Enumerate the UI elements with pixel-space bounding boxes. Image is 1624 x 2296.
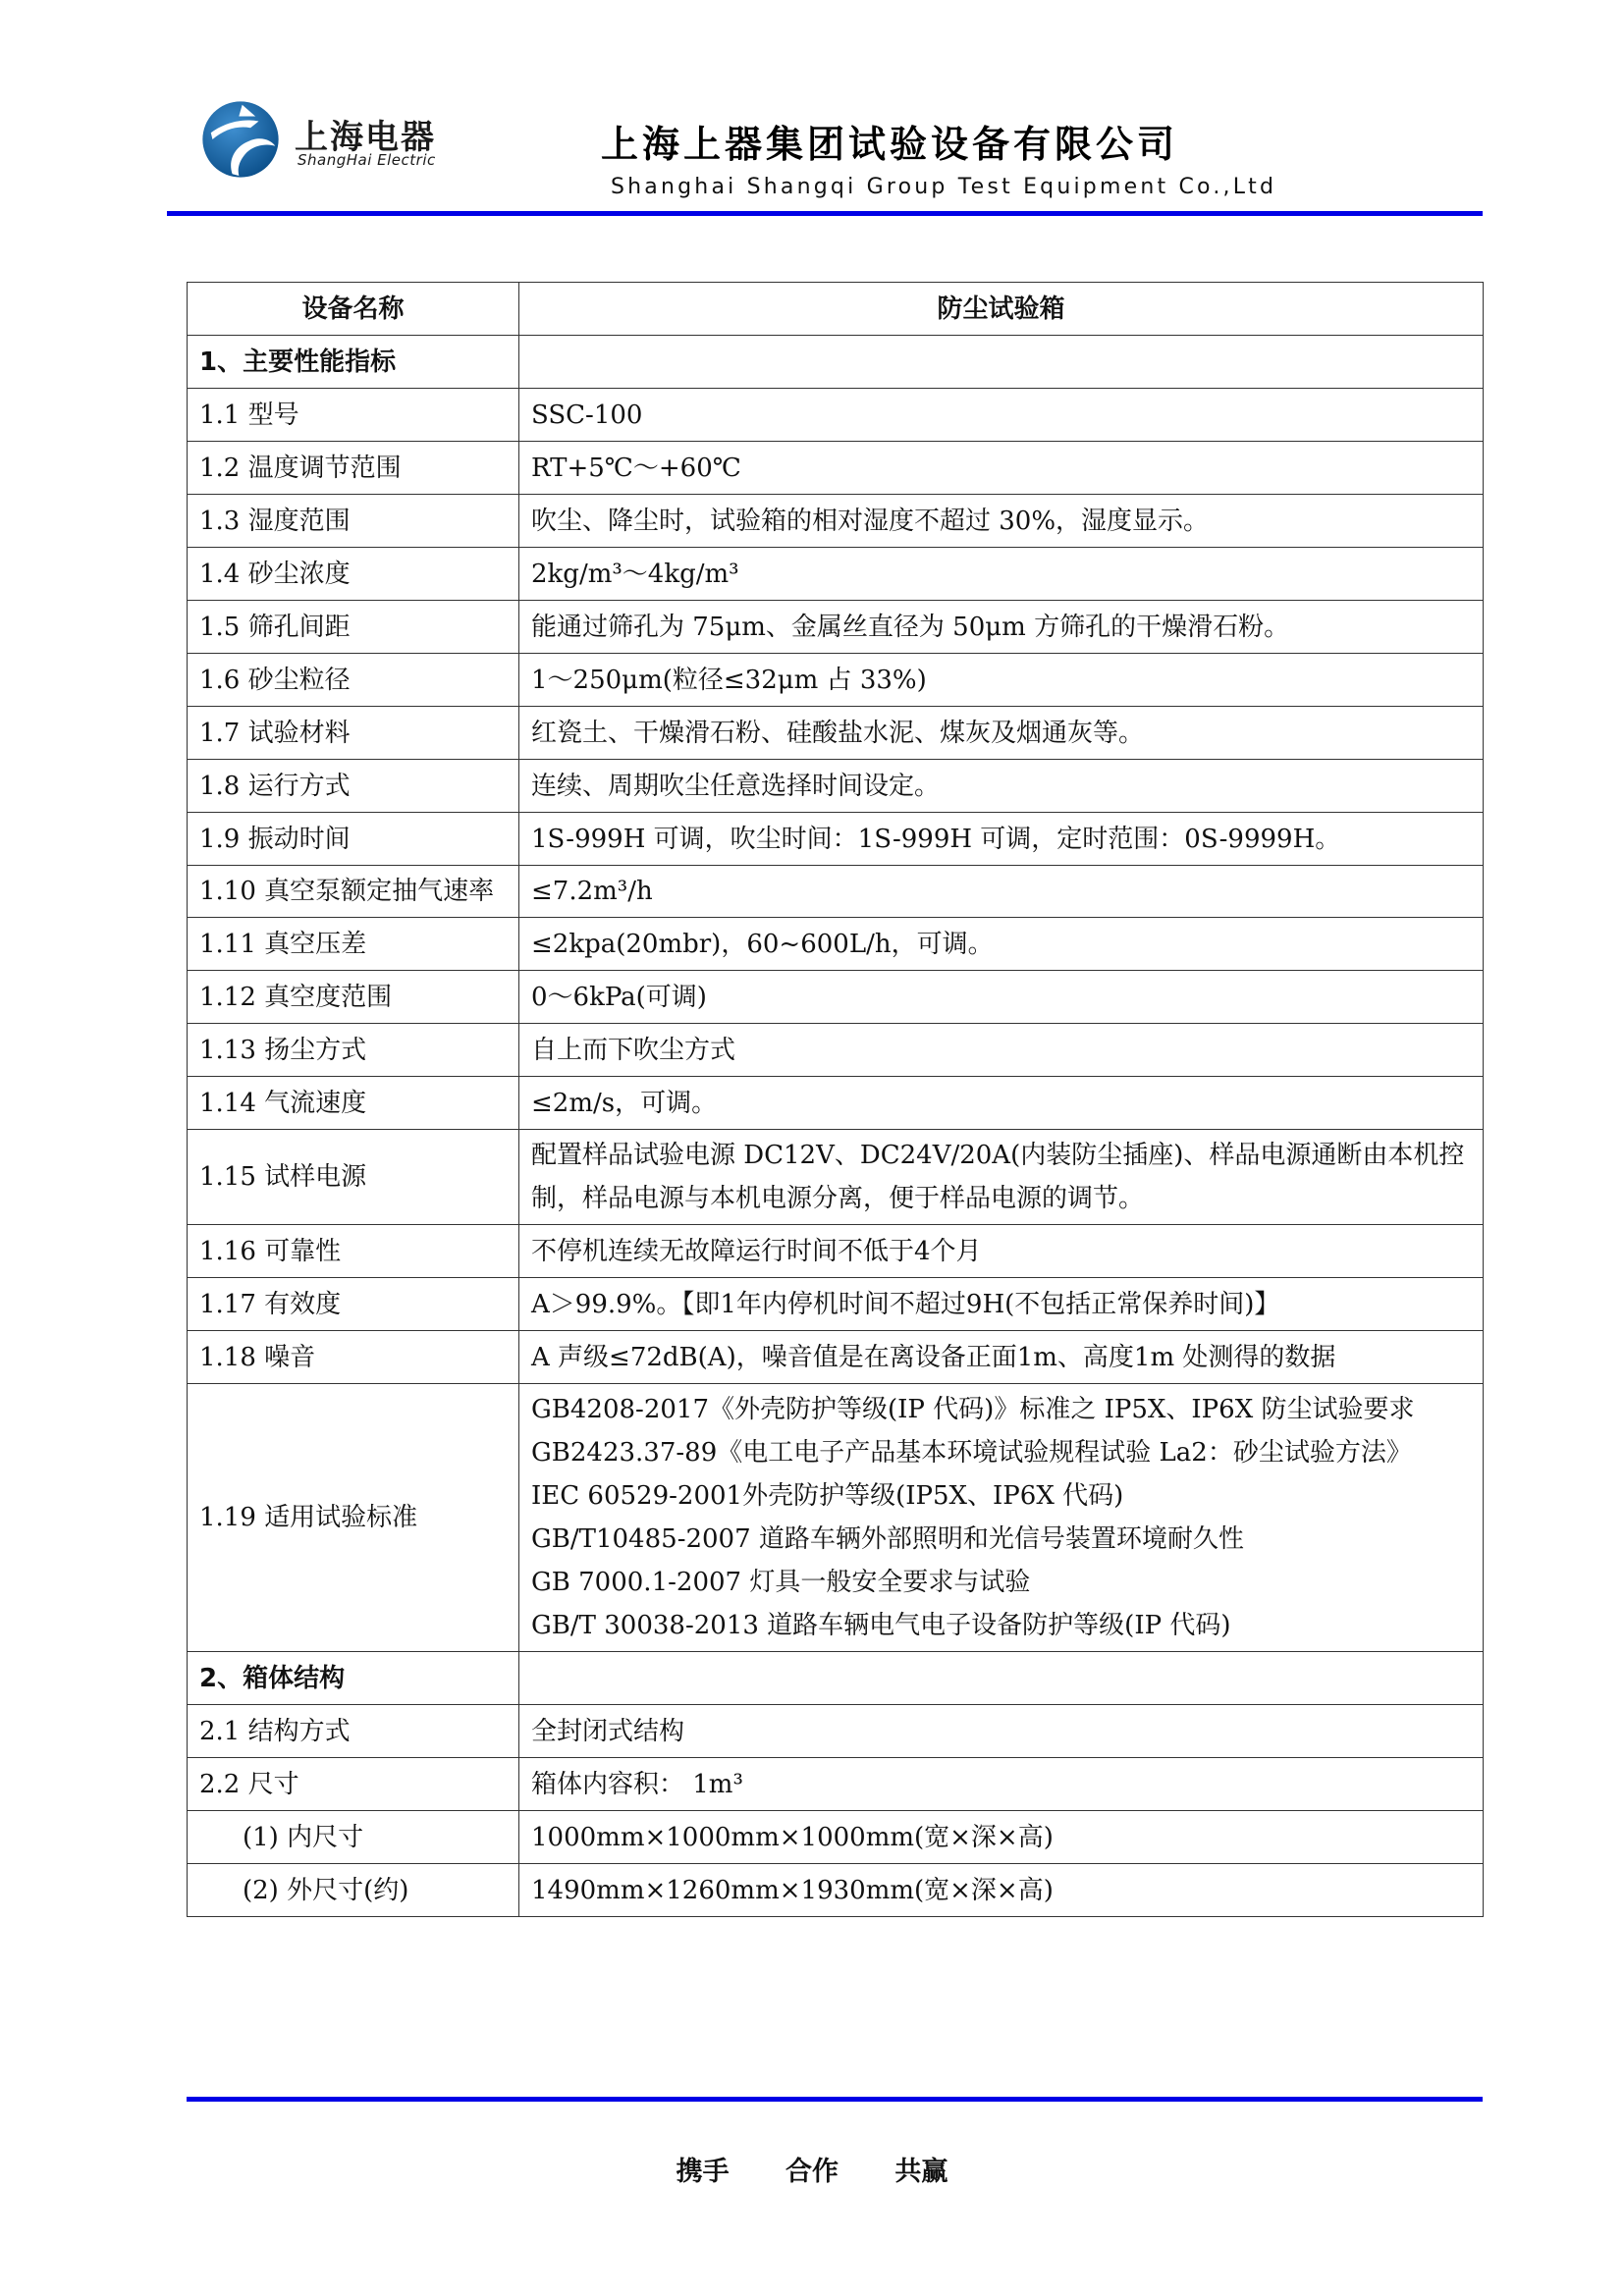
header-cell-label: 设备名称: [188, 283, 519, 336]
row-label: 1.6 砂尘粒径: [188, 654, 519, 707]
standard-item: IEC 60529-2001外壳防护等级(IP5X、IP6X 代码): [531, 1474, 1471, 1518]
table-row: 2.1 结构方式 全封闭式结构: [188, 1705, 1484, 1758]
motto-word: 共赢: [894, 2157, 947, 2187]
row-label: 2.2 尺寸: [188, 1758, 519, 1811]
row-value: RT+5℃～+60℃: [519, 442, 1484, 495]
row-label: 1.16 可靠性: [188, 1225, 519, 1278]
standards-label: 1.19 适用试验标准: [188, 1384, 519, 1652]
row-label: (2) 外尺寸(约): [188, 1864, 519, 1917]
row-value: ≤2kpa(20mbr)，60~600L/h，可调。: [519, 918, 1484, 971]
row-value: 能通过筛孔为 75μm、金属丝直径为 50μm 方筛孔的干燥滑石粉。: [519, 601, 1484, 654]
row-value: 连续、周期吹尘任意选择时间设定。: [519, 760, 1484, 813]
row-label: 1.9 振动时间: [188, 813, 519, 866]
standard-item: GB/T 30038-2013 道路车辆电气电子设备防护等级(IP 代码): [531, 1604, 1471, 1647]
company-logo-icon: [199, 98, 282, 181]
motto-word: 合作: [785, 2157, 839, 2187]
row-value: 2kg/m³～4kg/m³: [519, 548, 1484, 601]
table-row: 1.1 型号 SSC-100: [188, 389, 1484, 442]
row-label: 1.8 运行方式: [188, 760, 519, 813]
header-divider: [167, 211, 1483, 216]
row-label: 1.1 型号: [188, 389, 519, 442]
row-label: 1.4 砂尘浓度: [188, 548, 519, 601]
row-value: 全封闭式结构: [519, 1705, 1484, 1758]
table-row: 1.4 砂尘浓度 2kg/m³～4kg/m³: [188, 548, 1484, 601]
table-row: 1.18 噪音 A 声级≤72dB(A)，噪音值是在离设备正面1m、高度1m 处…: [188, 1331, 1484, 1384]
row-value: 1000mm×1000mm×1000mm(宽×深×高): [519, 1811, 1484, 1864]
row-label: 1.18 噪音: [188, 1331, 519, 1384]
row-value: 自上而下吹尘方式: [519, 1024, 1484, 1077]
table-row: 1.9 振动时间 1S-999H 可调，吹尘时间：1S-999H 可调，定时范围…: [188, 813, 1484, 866]
row-label: 1.15 试样电源: [188, 1130, 519, 1225]
row-value: SSC-100: [519, 389, 1484, 442]
table-row: 2.2 尺寸 箱体内容积： 1m³: [188, 1758, 1484, 1811]
section-empty-cell: [519, 1652, 1484, 1705]
standards-row: 1.19 适用试验标准 GB4208-2017《外壳防护等级(IP 代码)》标准…: [188, 1384, 1484, 1652]
table-row: 1.7 试验材料 红瓷土、干燥滑石粉、硅酸盐水泥、煤灰及烟通灰等。: [188, 707, 1484, 760]
row-label: 1.12 真空度范围: [188, 971, 519, 1024]
standard-item: GB4208-2017《外壳防护等级(IP 代码)》标准之 IP5X、IP6X …: [531, 1388, 1471, 1431]
table-row: 1.12 真空度范围 0～6kPa(可调): [188, 971, 1484, 1024]
standard-item: GB2423.37-89《电工电子产品基本环境试验规程试验 La2：砂尘试验方法…: [531, 1431, 1471, 1474]
section-title: 2、箱体结构: [188, 1652, 519, 1705]
row-value: 配置样品试验电源 DC12V、DC24V/20A(内装防尘插座)、样品电源通断由…: [519, 1130, 1484, 1225]
row-label: 1.11 真空压差: [188, 918, 519, 971]
row-label: 1.10 真空泵额定抽气速率: [188, 866, 519, 918]
section-row: 2、箱体结构: [188, 1652, 1484, 1705]
table-row: (1) 内尺寸 1000mm×1000mm×1000mm(宽×深×高): [188, 1811, 1484, 1864]
table-row: 1.2 温度调节范围 RT+5℃～+60℃: [188, 442, 1484, 495]
spec-table: 设备名称 防尘试验箱 1、主要性能指标 1.1 型号 SSC-100 1.2 温…: [187, 282, 1484, 1917]
row-label: 1.5 筛孔间距: [188, 601, 519, 654]
row-label: 1.17 有效度: [188, 1278, 519, 1331]
footer-motto: 携手 合作 共赢: [0, 2150, 1624, 2188]
standards-list: GB4208-2017《外壳防护等级(IP 代码)》标准之 IP5X、IP6X …: [519, 1384, 1484, 1652]
row-value: A 声级≤72dB(A)，噪音值是在离设备正面1m、高度1m 处测得的数据: [519, 1331, 1484, 1384]
row-value: A＞99.9%。【即1年内停机时间不超过9H(不包括正常保养时间)】: [519, 1278, 1484, 1331]
row-value: 吹尘、降尘时，试验箱的相对湿度不超过 30%，湿度显示。: [519, 495, 1484, 548]
motto-word: 携手: [677, 2157, 730, 2187]
table-row: 1.16 可靠性 不停机连续无故障运行时间不低于4个月: [188, 1225, 1484, 1278]
table-row: 1.13 扬尘方式 自上而下吹尘方式: [188, 1024, 1484, 1077]
header-cell-value: 防尘试验箱: [519, 283, 1484, 336]
row-value: 箱体内容积： 1m³: [519, 1758, 1484, 1811]
row-value: 1～250μm(粒径≤32μm 占 33%): [519, 654, 1484, 707]
table-row: 1.14 气流速度 ≤2m/s，可调。: [188, 1077, 1484, 1130]
row-value: 红瓷土、干燥滑石粉、硅酸盐水泥、煤灰及烟通灰等。: [519, 707, 1484, 760]
row-value: 不停机连续无故障运行时间不低于4个月: [519, 1225, 1484, 1278]
row-label: 1.13 扬尘方式: [188, 1024, 519, 1077]
standard-item: GB 7000.1-2007 灯具一般安全要求与试验: [531, 1561, 1471, 1604]
table-row: 1.15 试样电源 配置样品试验电源 DC12V、DC24V/20A(内装防尘插…: [188, 1130, 1484, 1225]
row-label: 1.2 温度调节范围: [188, 442, 519, 495]
company-name-english: Shanghai Shangqi Group Test Equipment Co…: [611, 175, 1276, 199]
table-row: 1.5 筛孔间距 能通过筛孔为 75μm、金属丝直径为 50μm 方筛孔的干燥滑…: [188, 601, 1484, 654]
section-empty-cell: [519, 336, 1484, 389]
section-row: 1、主要性能指标: [188, 336, 1484, 389]
table-row: 1.6 砂尘粒径 1～250μm(粒径≤32μm 占 33%): [188, 654, 1484, 707]
row-value: 1490mm×1260mm×1930mm(宽×深×高): [519, 1864, 1484, 1917]
table-row: (2) 外尺寸(约) 1490mm×1260mm×1930mm(宽×深×高): [188, 1864, 1484, 1917]
footer-divider: [187, 2097, 1483, 2102]
row-label: 1.7 试验材料: [188, 707, 519, 760]
table-row: 1.17 有效度 A＞99.9%。【即1年内停机时间不超过9H(不包括正常保养时…: [188, 1278, 1484, 1331]
row-label: 2.1 结构方式: [188, 1705, 519, 1758]
row-label: 1.14 气流速度: [188, 1077, 519, 1130]
table-header-row: 设备名称 防尘试验箱: [188, 283, 1484, 336]
row-value: 1S-999H 可调，吹尘时间：1S-999H 可调，定时范围：0S-9999H…: [519, 813, 1484, 866]
table-row: 1.3 湿度范围 吹尘、降尘时，试验箱的相对湿度不超过 30%，湿度显示。: [188, 495, 1484, 548]
row-value: ≤7.2m³/h: [519, 866, 1484, 918]
standard-item: GB/T10485-2007 道路车辆外部照明和光信号装置环境耐久性: [531, 1518, 1471, 1561]
table-row: 1.10 真空泵额定抽气速率 ≤7.2m³/h: [188, 866, 1484, 918]
row-label: (1) 内尺寸: [188, 1811, 519, 1864]
row-value: ≤2m/s，可调。: [519, 1077, 1484, 1130]
logo-english-text: ShangHai Electric: [298, 151, 436, 169]
section-title: 1、主要性能指标: [188, 336, 519, 389]
row-label: 1.3 湿度范围: [188, 495, 519, 548]
company-name-chinese: 上海上器集团试验设备有限公司: [601, 114, 1178, 168]
row-value: 0～6kPa(可调): [519, 971, 1484, 1024]
table-row: 1.8 运行方式 连续、周期吹尘任意选择时间设定。: [188, 760, 1484, 813]
table-row: 1.11 真空压差 ≤2kpa(20mbr)，60~600L/h，可调。: [188, 918, 1484, 971]
page-header: 上海电器 ShangHai Electric 上海上器集团试验设备有限公司 Sh…: [0, 0, 1624, 221]
